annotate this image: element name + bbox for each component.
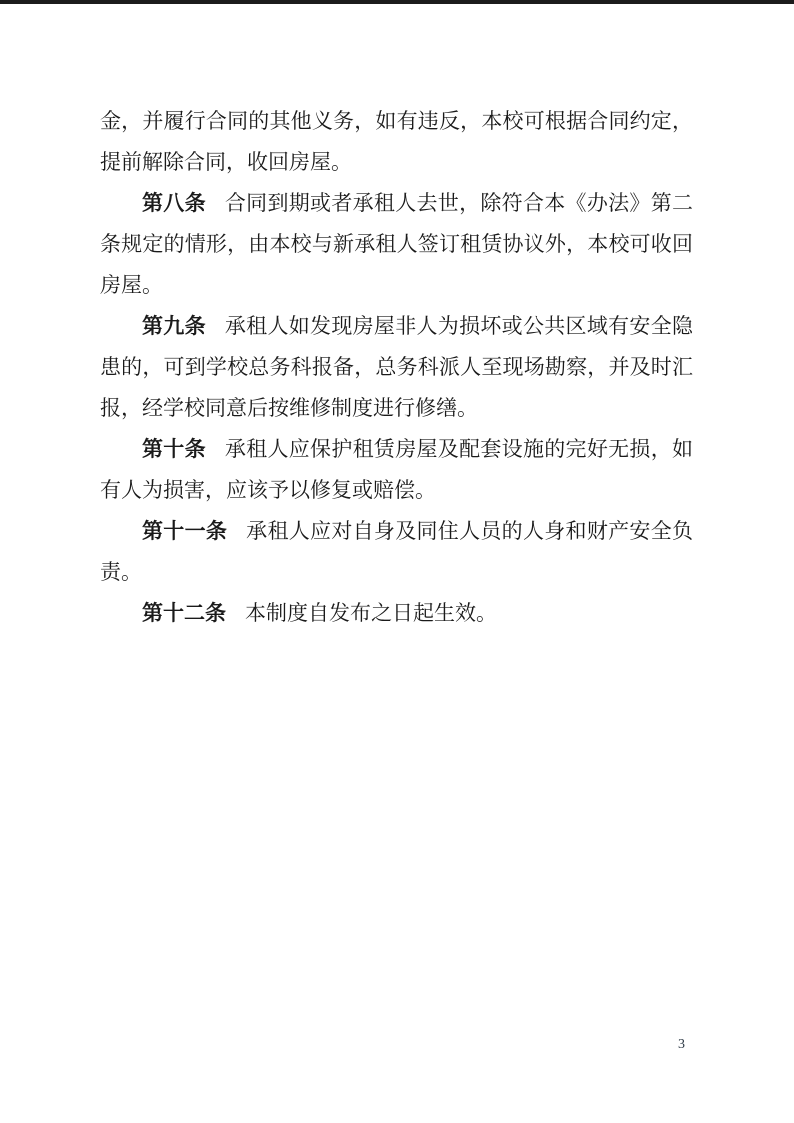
paragraph-text: 本制度自发布之日起生效。 <box>245 601 497 625</box>
paragraph-article-12: 第十二条本制度自发布之日起生效。 <box>100 593 693 634</box>
document-page: 金，并履行合同的其他义务，如有违反，本校可根据合同约定，提前解除合同，收回房屋。… <box>0 0 794 1123</box>
article-number: 第十二条 <box>142 601 226 625</box>
paragraph-article-10: 第十条承租人应保护租赁房屋及配套设施的完好无损，如有人为损害，应该予以修复或赔偿… <box>100 429 693 511</box>
article-number: 第十一条 <box>142 519 227 543</box>
article-number: 第九条 <box>142 314 206 338</box>
article-number: 第八条 <box>142 191 206 215</box>
paragraph-continuation: 金，并履行合同的其他义务，如有违反，本校可根据合同约定，提前解除合同，收回房屋。 <box>100 101 693 183</box>
page-number: 3 <box>678 1036 685 1054</box>
paragraph-text: 金，并履行合同的其他义务，如有违反，本校可根据合同约定，提前解除合同，收回房屋。 <box>100 109 693 174</box>
scan-edge-artifact <box>0 0 794 4</box>
article-number: 第十条 <box>142 437 206 461</box>
document-body: 金，并履行合同的其他义务，如有违反，本校可根据合同约定，提前解除合同，收回房屋。… <box>100 101 693 634</box>
paragraph-article-11: 第十一条承租人应对自身及同住人员的人身和财产安全负责。 <box>100 511 693 593</box>
paragraph-article-9: 第九条承租人如发现房屋非人为损坏或公共区域有安全隐患的，可到学校总务科报备，总务… <box>100 306 693 429</box>
paragraph-article-8: 第八条合同到期或者承租人去世，除符合本《办法》第二条规定的情形，由本校与新承租人… <box>100 183 693 306</box>
